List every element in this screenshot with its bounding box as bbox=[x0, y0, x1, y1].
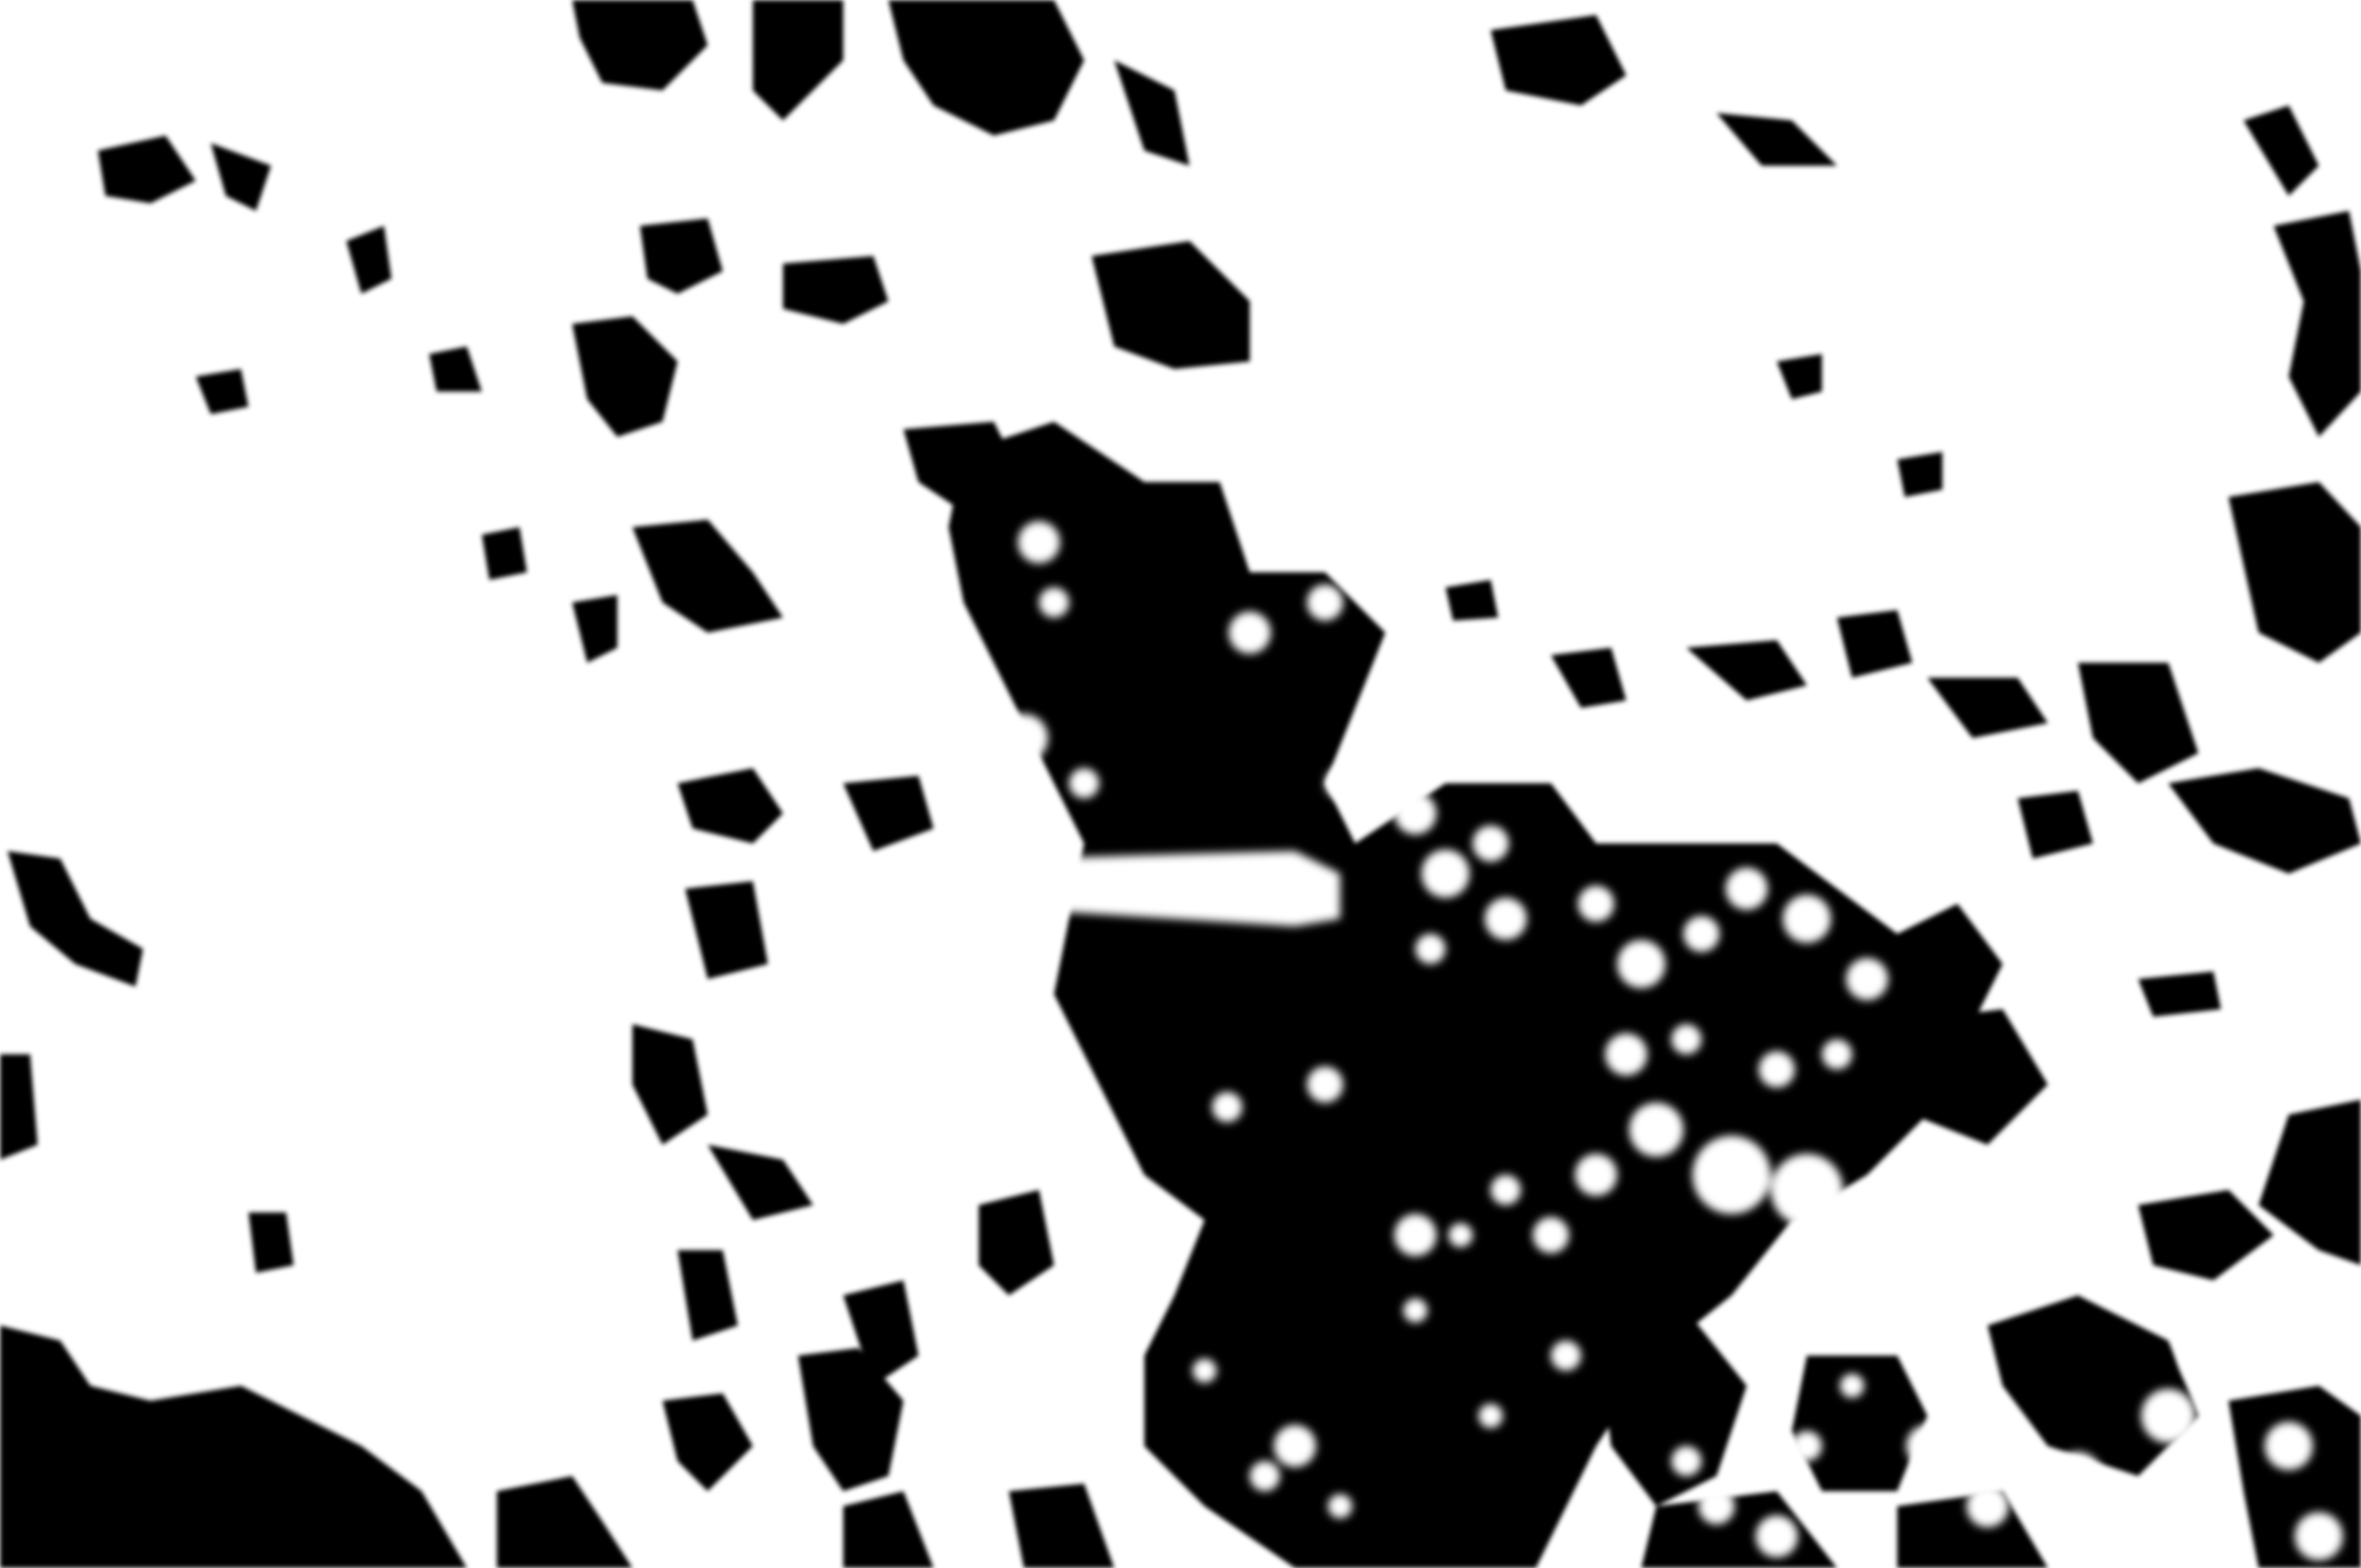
cloud-mask-image bbox=[0, 0, 2361, 1568]
cloud-mask-canvas bbox=[0, 0, 2361, 1568]
